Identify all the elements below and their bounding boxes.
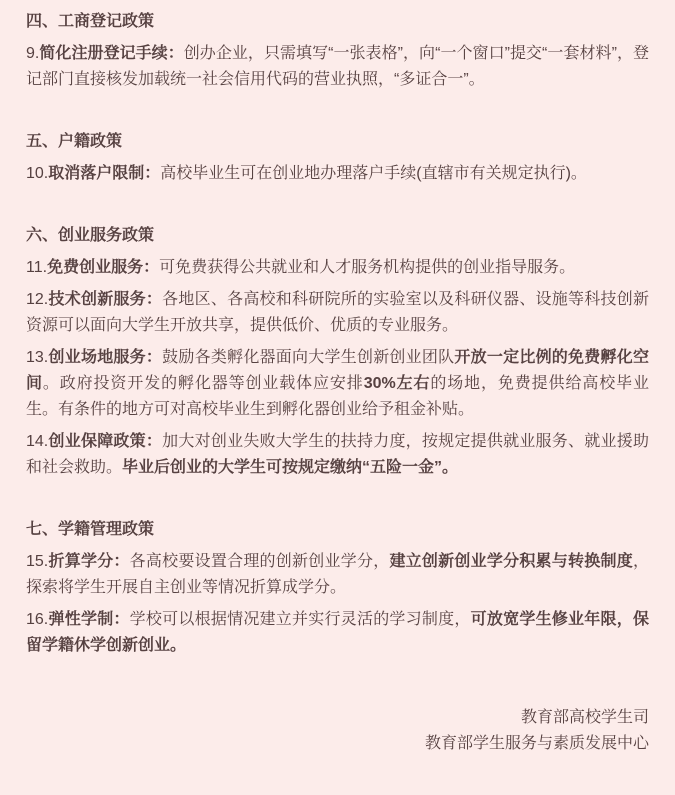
- section-heading: 七、学籍管理政策: [26, 517, 649, 543]
- signature-block: 教育部高校学生司 教育部学生服务与素质发展中心: [26, 705, 649, 757]
- text-segment: 各高校要设置合理的创新创业学分，: [130, 553, 390, 570]
- policy-document: 四、工商登记政策9.简化注册登记手续：创办企业，只需填写“一张表格”，向“一个窗…: [0, 0, 675, 795]
- text-segment: 13.: [26, 349, 48, 366]
- text-segment: 高校毕业生可在创业地办理落户手续(直辖市有关规定执行)。: [160, 165, 587, 182]
- text-segment: 学校可以根据情况建立并实行灵活的学习制度，: [130, 611, 471, 628]
- section-heading: 六、创业服务政策: [26, 223, 649, 249]
- text-segment: 12.: [26, 291, 48, 308]
- text-segment: 可免费获得公共就业和人才服务机构提供的创业指导服务。: [159, 259, 575, 276]
- policy-section: 六、创业服务政策11.免费创业服务：可免费获得公共就业和人才服务机构提供的创业指…: [26, 223, 649, 481]
- policy-paragraph: 13.创业场地服务：鼓励各类孵化器面向大学生创新创业团队开放一定比例的免费孵化空…: [26, 345, 649, 423]
- text-segment: 取消落户限制：: [48, 165, 160, 182]
- text-segment: 16.: [26, 611, 48, 628]
- policy-paragraph: 15.折算学分：各高校要设置合理的创新创业学分，建立创新创业学分积累与转换制度，…: [26, 549, 649, 601]
- text-segment: 技术创新服务：: [48, 291, 162, 308]
- text-segment: 9.: [26, 45, 39, 62]
- section-heading: 四、工商登记政策: [26, 9, 649, 35]
- policy-paragraph: 16.弹性学制：学校可以根据情况建立并实行灵活的学习制度，可放宽学生修业年限，保…: [26, 607, 649, 659]
- policy-section: 五、户籍政策10.取消落户限制：高校毕业生可在创业地办理落户手续(直辖市有关规定…: [26, 129, 649, 187]
- text-segment: 。政府投资开发的孵化器等创业载体应安排: [43, 375, 364, 392]
- text-segment: 30%左右: [364, 375, 431, 392]
- signature-line: 教育部学生服务与素质发展中心: [26, 731, 649, 757]
- text-segment: 简化注册登记手续：: [39, 45, 183, 62]
- text-segment: 14.: [26, 433, 48, 450]
- policy-section: 七、学籍管理政策15.折算学分：各高校要设置合理的创新创业学分，建立创新创业学分…: [26, 517, 649, 659]
- policy-paragraph: 9.简化注册登记手续：创办企业，只需填写“一张表格”，向“一个窗口”提交“一套材…: [26, 41, 649, 93]
- text-segment: 11.: [26, 259, 47, 276]
- text-segment: 毕业后创业的大学生可按规定缴纳“五险一金”。: [122, 459, 458, 476]
- text-segment: 免费创业服务：: [47, 259, 159, 276]
- text-segment: 创业场地服务：: [48, 349, 162, 366]
- text-segment: 折算学分：: [48, 553, 129, 570]
- text-segment: 建立创新创业学分积累与转换制度: [389, 553, 633, 570]
- signature-line: 教育部高校学生司: [26, 705, 649, 731]
- policy-paragraph: 12.技术创新服务：各地区、各高校和科研院所的实验室以及科研仪器、设施等科技创新…: [26, 287, 649, 339]
- policy-paragraph: 10.取消落户限制：高校毕业生可在创业地办理落户手续(直辖市有关规定执行)。: [26, 161, 649, 187]
- policy-section: 四、工商登记政策9.简化注册登记手续：创办企业，只需填写“一张表格”，向“一个窗…: [26, 9, 649, 93]
- text-segment: 10.: [26, 165, 48, 182]
- policy-paragraph: 14.创业保障政策：加大对创业失败大学生的扶持力度，按规定提供就业服务、就业援助…: [26, 429, 649, 481]
- section-heading: 五、户籍政策: [26, 129, 649, 155]
- text-segment: 鼓励各类孵化器面向大学生创新创业团队: [162, 349, 454, 366]
- document-sections: 四、工商登记政策9.简化注册登记手续：创办企业，只需填写“一张表格”，向“一个窗…: [26, 9, 649, 659]
- text-segment: 15.: [26, 553, 48, 570]
- text-segment: 弹性学制：: [48, 611, 129, 628]
- text-segment: 创业保障政策：: [48, 433, 162, 450]
- policy-paragraph: 11.免费创业服务：可免费获得公共就业和人才服务机构提供的创业指导服务。: [26, 255, 649, 281]
